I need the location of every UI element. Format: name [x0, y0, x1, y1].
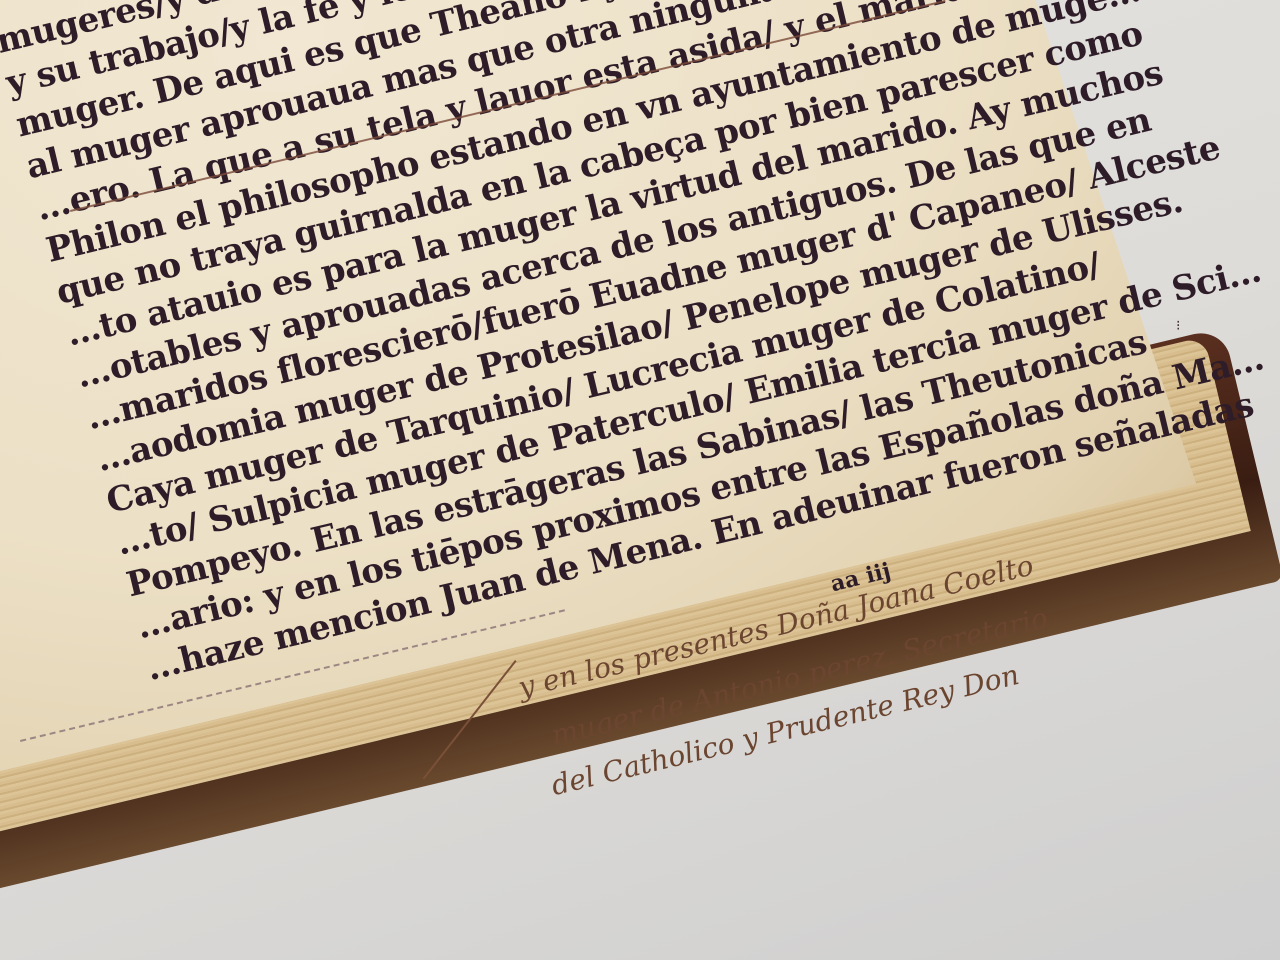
photo-scene: mugeres/y de sus virtu… y su trabajo/y l… — [0, 0, 1280, 960]
margin-specks: ⁝ — [1176, 318, 1180, 334]
